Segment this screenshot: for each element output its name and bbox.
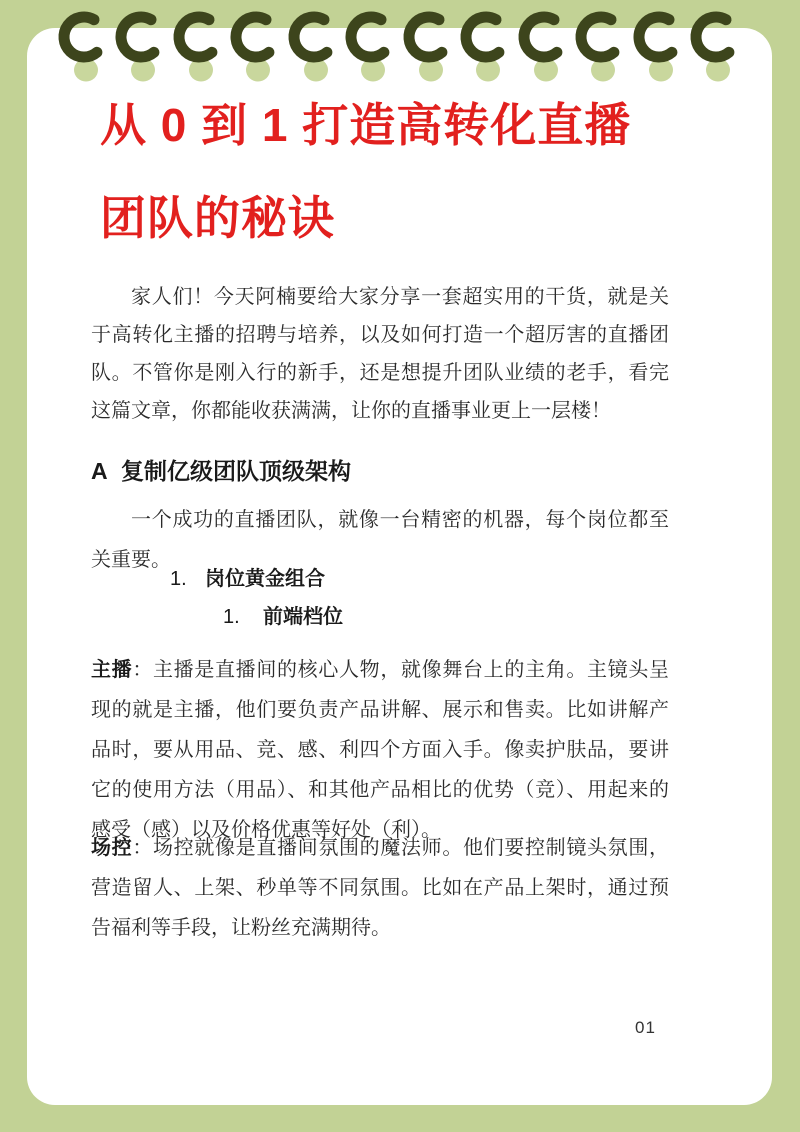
role-anchor-paragraph: 主播：主播是直播间的核心人物，就像舞台上的主角。主镜头呈现的就是主播，他们要负责… xyxy=(91,650,669,850)
role-controller-paragraph: 场控：场控就像是直播间氛围的魔法师。他们要控制镜头氛围，营造留人、上架、秒单等不… xyxy=(91,828,669,948)
binding-rings xyxy=(56,0,744,92)
list-item-1-label: 岗位黄金组合 xyxy=(205,568,325,590)
binding-ring-icon xyxy=(516,0,572,92)
list-item-1-marker: 1. xyxy=(170,559,205,599)
binding-ring-icon xyxy=(171,0,227,92)
role-anchor-colon: ： xyxy=(132,659,153,681)
binding-ring-icon xyxy=(228,0,284,92)
section-a-heading: A复制亿级团队顶级架构 xyxy=(91,455,351,487)
page-title: 从 0 到 1 打造高转化直播 团队的秘诀 xyxy=(100,79,631,265)
section-a-heading-text: 复制亿级团队顶级架构 xyxy=(121,458,351,484)
intro-paragraph: 家人们！今天阿楠要给大家分享一套超实用的干货，就是关于高转化主播的招聘与培养，以… xyxy=(91,278,669,430)
section-a-marker: A xyxy=(91,455,121,487)
binding-ring-icon xyxy=(401,0,457,92)
list-item-position-combo: 1.岗位黄金组合 xyxy=(170,559,325,599)
list-item-2-label: 前端档位 xyxy=(263,606,343,628)
page-title-line2: 团队的秘诀 xyxy=(100,172,631,265)
binding-ring-icon xyxy=(573,0,629,92)
role-controller-desc: 场控就像是直播间氛围的魔法师。他们要控制镜头氛围，营造留人、上架、秒单等不同氛围… xyxy=(91,837,669,939)
list-item-front-positions: 1.前端档位 xyxy=(223,597,343,637)
role-anchor-term: 主播 xyxy=(91,659,132,681)
binding-ring-icon xyxy=(113,0,169,92)
list-item-2-marker: 1. xyxy=(223,597,263,637)
role-controller-term: 场控 xyxy=(91,837,132,859)
binding-ring-icon xyxy=(631,0,687,92)
binding-ring-icon xyxy=(688,0,744,92)
page-number: 01 xyxy=(635,1018,656,1038)
role-anchor-desc: 主播是直播间的核心人物，就像舞台上的主角。主镜头呈现的就是主播，他们要负责产品讲… xyxy=(91,659,669,841)
binding-ring-icon xyxy=(286,0,342,92)
binding-ring-icon xyxy=(458,0,514,92)
role-controller-colon: ： xyxy=(132,837,153,859)
binding-ring-icon xyxy=(56,0,112,92)
binding-ring-icon xyxy=(343,0,399,92)
page-title-line1: 从 0 到 1 打造高转化直播 xyxy=(100,79,631,172)
